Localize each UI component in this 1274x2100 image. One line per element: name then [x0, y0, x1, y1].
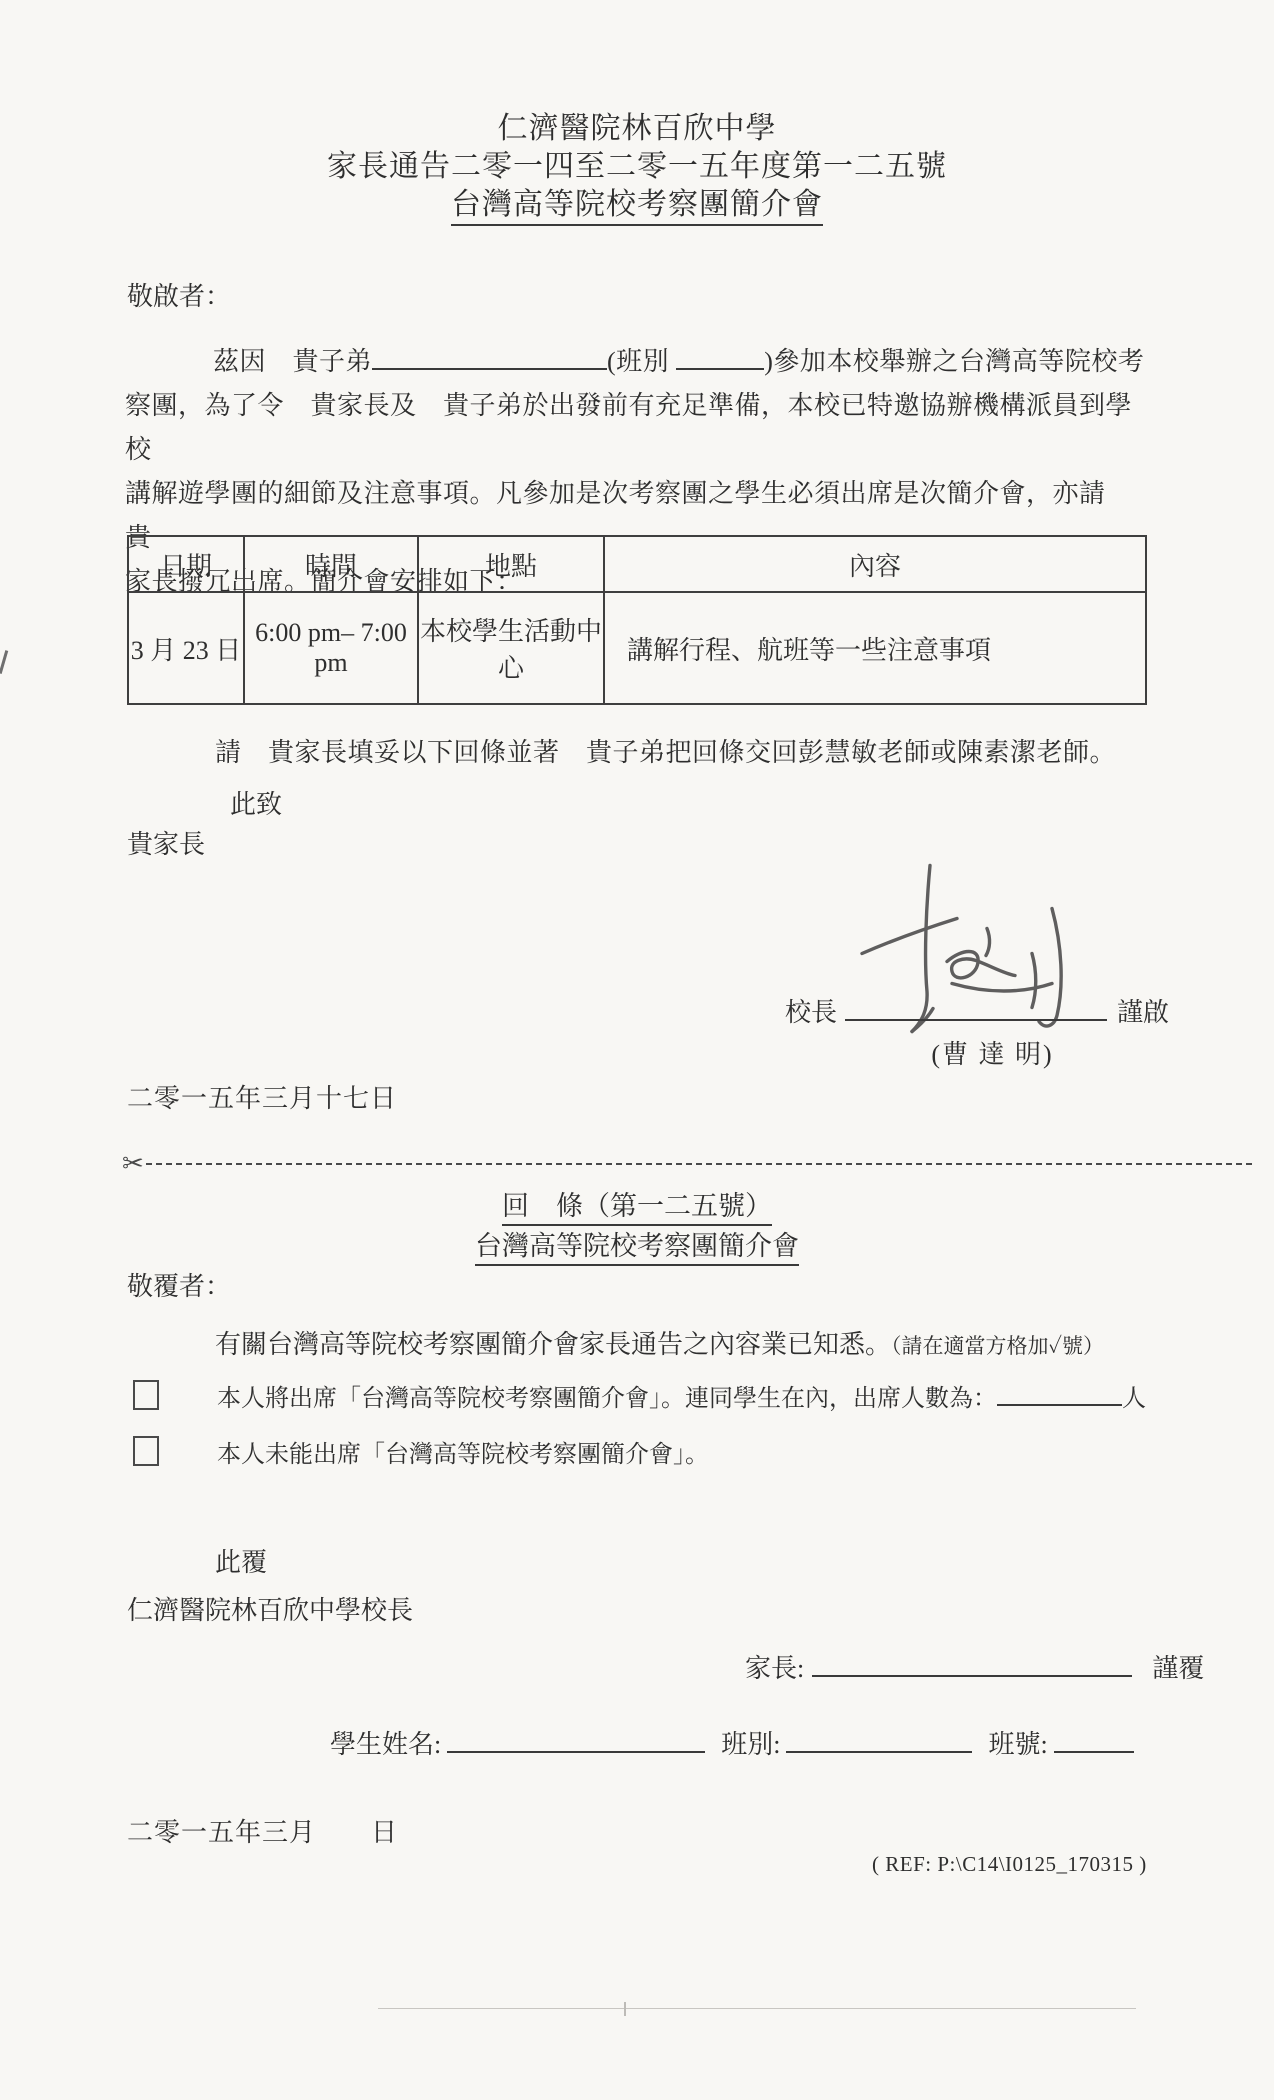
attend-checkbox [133, 1380, 159, 1410]
school-name: 仁濟醫院林百欣中學 [127, 110, 1147, 148]
closing-recipient: 貴家長 [127, 824, 205, 861]
class-label: 班別: [721, 1730, 780, 1759]
line1-mid: (班別 [607, 347, 669, 376]
header-time: 時間 [244, 536, 418, 592]
respect-label: 謹啟 [1117, 998, 1169, 1027]
header-date: 日期 [128, 536, 244, 592]
class-number-blank [1054, 1725, 1134, 1753]
reply-date-day: 日 [371, 1818, 398, 1847]
schedule-table: 日期 時間 地點 內容 3 月 23 日 6:00 pm– 7:00 pm 本校… [127, 535, 1147, 705]
reply-cifu: 此覆 [215, 1542, 267, 1579]
ref-number: ( REF: P:\C14\I0125_170315 ) [872, 1852, 1147, 1877]
paragraph-line-2: 察團，為了令 貴家長及 貴子弟於出發前有充足準備，本校已特邀協辦機構派員到學校 [125, 384, 1155, 472]
table-row: 3 月 23 日 6:00 pm– 7:00 pm 本校學生活動中心 講解行程、… [128, 592, 1146, 704]
reply-slip-title: 回 條（第一二五號） [502, 1191, 772, 1226]
principal-label: 校長 [785, 998, 837, 1027]
line1-pre: 茲因 貴子弟 [213, 347, 372, 376]
option-absent-text: 本人未能出席「台灣高等院校考察團簡介會」。 [217, 1434, 709, 1469]
attendee-unit-label: 人 [1122, 1386, 1146, 1412]
parent-signature-blank [812, 1649, 1132, 1677]
option-attend-text: 本人將出席「台灣高等院校考察團簡介會」。連同學生在內，出席人數為：人 [217, 1378, 1146, 1413]
signature-line [845, 993, 1107, 1021]
reply-slip-subject: 台灣高等院校考察團簡介會 [475, 1231, 799, 1266]
scan-artifact-line [378, 2008, 1136, 2009]
class-blank [786, 1725, 972, 1753]
doc-header: 仁濟醫院林百欣中學 家長通告二零一四至二零一五年度第一二五號 台灣高等院校考察團… [127, 110, 1147, 224]
acknowledgement-line: 有關台灣高等院校考察團簡介會家長通告之內容業已知悉。（請在適當方格加✓號） [215, 1324, 1104, 1361]
cell-venue: 本校學生活動中心 [418, 592, 604, 704]
closing-cizhi: 此致 [230, 784, 282, 821]
scissors-icon: ✂ [122, 1151, 144, 1177]
class-number-label: 班號: [988, 1730, 1047, 1759]
absent-checkbox [133, 1436, 159, 1466]
header-content: 內容 [604, 536, 1146, 592]
reply-respect-label: 謹覆 [1152, 1654, 1204, 1683]
paragraph-line-1: 茲因 貴子弟(班別 )參加本校舉辦之台灣高等院校考 [125, 340, 1155, 384]
reply-salutation: 敬覆者： [127, 1266, 231, 1303]
cell-time: 6:00 pm– 7:00 pm [244, 592, 418, 704]
checkbox-hint: （請在適當方格加✓號） [891, 1334, 1104, 1358]
cell-content: 講解行程、航班等一些注意事項 [604, 592, 1146, 704]
scanned-notice-page: 仁濟醫院林百欣中學 家長通告二零一四至二零一五年度第一二五號 台灣高等院校考察團… [0, 0, 1274, 2100]
scan-artifact-tick [624, 2002, 626, 2016]
parent-label: 家長: [745, 1654, 804, 1683]
scan-stray-mark [0, 650, 8, 674]
student-name-blank [447, 1725, 705, 1753]
line1-post: )參加本校舉辦之台灣高等院校考 [764, 347, 1144, 376]
student-name-blank-top [372, 342, 607, 370]
reply-recipient: 仁濟醫院林百欣中學校長 [127, 1590, 413, 1627]
parent-signature-row: 家長:謹覆 [745, 1648, 1204, 1685]
notice-subject: 台灣高等院校考察團簡介會 [451, 188, 823, 226]
signature-row: 校長謹啟 [785, 992, 1169, 1029]
principal-name: (曹 達 明) [885, 1034, 1100, 1071]
cut-line: ✂ [122, 1150, 1252, 1178]
cell-date: 3 月 23 日 [128, 592, 244, 704]
notice-number: 家長通告二零一四至二零一五年度第一二五號 [127, 148, 1147, 186]
salutation: 敬啟者： [127, 276, 231, 313]
reply-date: 二零一五年三月日 [127, 1812, 398, 1849]
dashed-rule [146, 1163, 1252, 1165]
attendee-count-blank [997, 1380, 1122, 1406]
option-attend-row: 本人將出席「台灣高等院校考察團簡介會」。連同學生在內，出席人數為：人 [133, 1378, 1146, 1413]
reply-date-pre: 二零一五年三月 [127, 1818, 316, 1847]
attend-text: 本人將出席「台灣高等院校考察團簡介會」。連同學生在內，出席人數為： [217, 1386, 997, 1412]
header-venue: 地點 [418, 536, 604, 592]
issue-date: 二零一五年三月十七日 [127, 1078, 397, 1115]
acknowledgement-text: 有關台灣高等院校考察團簡介會家長通告之內容業已知悉。 [215, 1330, 891, 1359]
class-blank-top [676, 342, 764, 370]
option-absent-row: 本人未能出席「台灣高等院校考察團簡介會」。 [133, 1434, 709, 1469]
instruction-line: 請 貴家長填妥以下回條並著 貴子弟把回條交回彭慧敏老師或陳素潔老師。 [127, 732, 1157, 769]
student-info-row: 學生姓名:班別:班號: [330, 1724, 1134, 1761]
student-name-label: 學生姓名: [330, 1730, 441, 1759]
table-header-row: 日期 時間 地點 內容 [128, 536, 1146, 592]
